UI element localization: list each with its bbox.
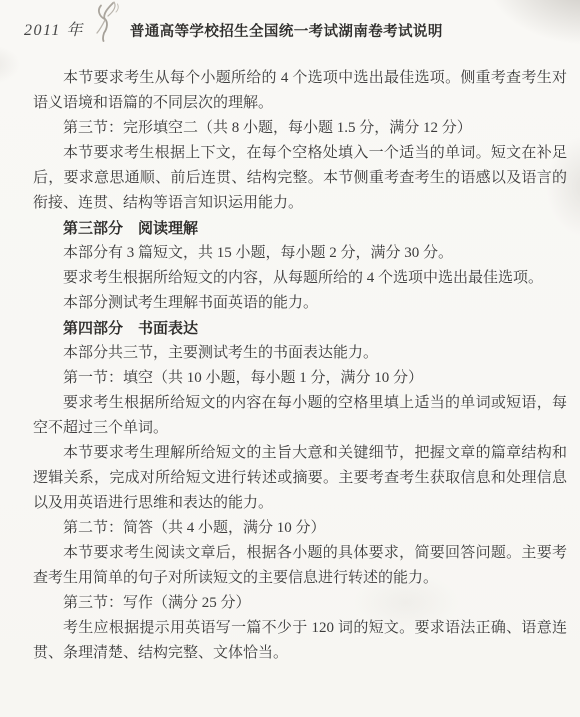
paragraph: 第二节：简答（共 4 小题，满分 10 分） bbox=[33, 516, 567, 541]
section-heading: 第三部分 阅读理解 bbox=[33, 216, 567, 241]
paragraph: 要求考生根据所给短文的内容在每小题的空格里填上适当的单词或短语，每空不超过三个单… bbox=[33, 391, 567, 441]
page-header: 2011 年 普通高等学校招生全国统一考试湖南卷考试说明 bbox=[24, 14, 443, 42]
paragraph: 本部分测试考生理解书面英语的能力。 bbox=[33, 291, 567, 316]
paragraph: 本节要求考生从每个小题所给的 4 个选项中选出最佳选项。侧重考查考生对语义语境和… bbox=[33, 66, 567, 116]
paragraph: 要求考生根据所给短文的内容，从每题所给的 4 个选项中选出最佳选项。 bbox=[33, 266, 567, 291]
paragraph: 考生应根据提示用英语写一篇不少于 120 词的短文。要求语法正确、语意连贯、条理… bbox=[33, 616, 567, 666]
paragraph: 第三节：完形填空二（共 8 小题，每小题 1.5 分，满分 12 分） bbox=[33, 116, 567, 141]
paragraph: 第三节：写作（满分 25 分） bbox=[33, 591, 567, 616]
paragraph: 本节要求考生根据上下文，在每个空格处填入一个适当的单词。短文在补足后，要求意思通… bbox=[33, 141, 567, 216]
header-title: 普通高等学校招生全国统一考试湖南卷考试说明 bbox=[130, 20, 443, 41]
paragraph: 本部分共三节，主要测试考生的书面表达能力。 bbox=[33, 341, 567, 366]
calligraphic-figure-icon bbox=[92, 0, 122, 42]
paragraph: 本节要求考生阅读文章后，根据各小题的具体要求，简要回答问题。主要考查考生用简单的… bbox=[33, 541, 567, 591]
scanned-document-page: 2011 年 普通高等学校招生全国统一考试湖南卷考试说明 本节要求考生从每个小题… bbox=[0, 0, 580, 717]
paragraph: 本部分有 3 篇短文，共 15 小题，每小题 2 分，满分 30 分。 bbox=[33, 241, 567, 266]
paragraph: 本节要求考生理解所给短文的主旨大意和关键细节，把握文章的篇章结构和逻辑关系，完成… bbox=[33, 441, 567, 516]
year-label: 2011 年 bbox=[24, 17, 84, 40]
document-body: 本节要求考生从每个小题所给的 4 个选项中选出最佳选项。侧重考查考生对语义语境和… bbox=[33, 66, 567, 666]
section-heading: 第四部分 书面表达 bbox=[33, 316, 567, 341]
paragraph: 第一节：填空（共 10 小题，每小题 1 分，满分 10 分） bbox=[33, 366, 567, 391]
